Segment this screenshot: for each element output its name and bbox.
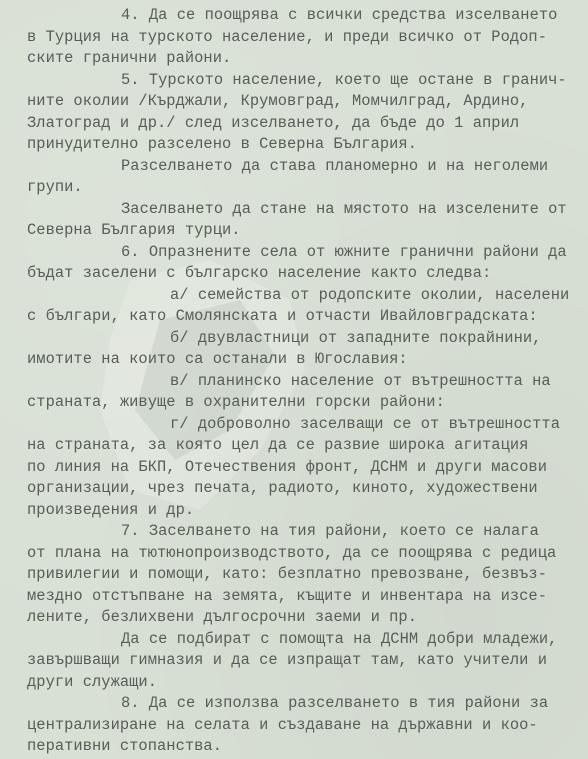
- text-line: имотите на които са останали в Югославия…: [27, 349, 572, 371]
- text-line: Да се подбират с помощта на ДСНМ добри м…: [27, 629, 572, 651]
- text-line: бъдат заселени с българско население как…: [27, 263, 572, 285]
- text-line: Златоград и др./ след изселването, да бъ…: [27, 113, 572, 135]
- text-line: 8. Да се използва разселването в тия рай…: [27, 693, 572, 715]
- text-line: организации, чрез печата, радиото, кинот…: [27, 478, 572, 500]
- text-line: 5. Турското население, което ще остане в…: [27, 70, 572, 92]
- text-line: ните околии /Кърджали, Крумовград, Момчи…: [27, 91, 572, 113]
- text-line: мездно отстъпване на земята, къщите и ин…: [27, 586, 572, 608]
- text-line: по линия на БКП, Отечествения фронт, ДСН…: [27, 457, 572, 479]
- document-page: 4. Да се поощрява с всички средства изсе…: [0, 0, 588, 759]
- text-line: групи.: [27, 177, 572, 199]
- text-line: Северна България турци.: [27, 220, 572, 242]
- text-line: произведения и др.: [27, 500, 572, 522]
- text-line: Разселването да става планомерно и на не…: [27, 156, 572, 178]
- text-line: на страната, за която цел да се развие ш…: [27, 435, 572, 457]
- text-line: в Турция на турското население, и преди …: [27, 27, 572, 49]
- text-line: ските гранични райони.: [27, 48, 572, 70]
- text-line: б/ двувластници от западните покрайнини,: [27, 328, 572, 350]
- text-line: а/ семейства от родопските околии, насел…: [27, 285, 572, 307]
- document-body: 4. Да се поощрява с всички средства изсе…: [27, 5, 572, 758]
- text-line: 6. Опразнените села от южните гранични р…: [27, 242, 572, 264]
- text-line: привилегии и помощи, като: безплатно пре…: [27, 564, 572, 586]
- text-line: 7. Заселването на тия райони, което се н…: [27, 521, 572, 543]
- text-line: завършващи гимназия и да се изпращат там…: [27, 650, 572, 672]
- text-line: принудително разселено в Северна Българи…: [27, 134, 572, 156]
- text-line: страната, живуще в охранителни горски ра…: [27, 392, 572, 414]
- text-line: от плана на тютюнопроизводството, да се …: [27, 543, 572, 565]
- text-line: централизиране на селата и създаване на …: [27, 715, 572, 737]
- text-line: с българи, като Смолянската и отчасти Ив…: [27, 306, 572, 328]
- text-line: други служащи.: [27, 672, 572, 694]
- text-line: Заселването да стане на мястото на изсел…: [27, 199, 572, 221]
- text-line: перативни стопанства.: [27, 736, 572, 758]
- text-line: лените, безлихвени дългосрочни заеми и п…: [27, 607, 572, 629]
- text-line: в/ планинско население от вътрешността н…: [27, 371, 572, 393]
- text-line: 4. Да се поощрява с всички средства изсе…: [27, 5, 572, 27]
- text-line: г/ доброволно заселващи се от вътрешност…: [27, 414, 572, 436]
